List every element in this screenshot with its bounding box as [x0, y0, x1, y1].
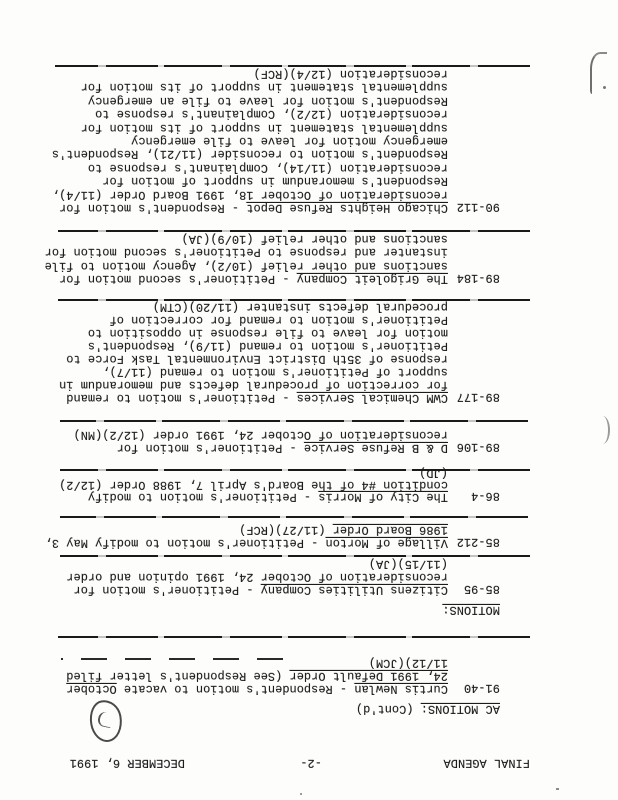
header-page-number: -2- — [300, 756, 322, 770]
separator-rule — [58, 230, 530, 232]
docket-number: 86-4 — [471, 489, 500, 503]
item-line: Village of Morton - Petitioner's motion … — [25, 536, 448, 549]
docket-number: 91-40 — [464, 681, 500, 695]
item-text: The Grigoleit Company - Petitioner's sec… — [25, 232, 448, 285]
section-heading-text: MOTIONS: — [442, 603, 500, 617]
separator-rule — [58, 299, 530, 301]
item-line: sanctions and other relief (10/2), Agenc… — [25, 258, 448, 271]
item-line: D & B Refuse Service - Petitioner's moti… — [25, 441, 448, 454]
separator-rule — [60, 469, 530, 471]
item-line: support of Petitioner's motion to remand… — [25, 365, 448, 378]
docket-number: 85-212 — [457, 535, 500, 549]
case-name: Curtis Newlan — [354, 682, 448, 696]
item-line: reconsideration of October 24, 1991 opin… — [25, 570, 448, 583]
case-name: The Grigoleit Company — [297, 272, 448, 286]
item-text: The City of Morris - Petitioner's motion… — [25, 467, 448, 503]
case-name: Citizens Utilities Company — [261, 583, 448, 597]
item-line: 1986 Board Order (11/27)(RCF) — [25, 523, 448, 536]
item-line: supplemental statement in support of its… — [25, 80, 448, 93]
item-line: instanter and response to Petitioner's s… — [25, 245, 448, 258]
item-text: Chicago Heights Refuse Depot - Responden… — [25, 67, 448, 214]
item-line: Petitioner's motion to remand for correc… — [25, 313, 448, 326]
header-date: DECEMBER 6, 1991 — [70, 756, 185, 770]
agenda-item-91-40: 91-40Curtis Newlan - Respondent's motion… — [25, 656, 500, 695]
case-name: The City of Morris — [318, 490, 448, 504]
item-line: The Grigoleit Company - Petitioner's sec… — [25, 272, 448, 285]
item-line: reconsideration of October 18, 1991 Boar… — [25, 187, 448, 200]
agenda-item-86-4: 86-4The City of Morris - Petitioner's mo… — [25, 467, 500, 503]
item-line: reconsideration of October 24, 1991 orde… — [25, 428, 448, 441]
separator-rule — [60, 420, 528, 422]
item-line: motion for leave to file response in opp… — [25, 326, 448, 339]
item-line: Respondent's memorandum in support of mo… — [25, 174, 448, 187]
underlined-text: October — [66, 682, 116, 696]
item-line: (11/15)(JA) — [25, 557, 448, 570]
case-name: D & B Refuse Service — [304, 441, 448, 455]
docket-number: 89-177 — [457, 390, 500, 404]
agenda-item-89-106: 89-106D & B Refuse Service - Petitioner'… — [25, 428, 500, 454]
item-line: condition #4 of the Board's April 7, 198… — [25, 479, 448, 491]
document-sheet-rotated-180: FINAL AGENDA -2- DECEMBER 6, 1991 AC MOT… — [0, 0, 618, 800]
separator-rule — [55, 65, 530, 67]
agenda-item-85-95: 85-95Citizens Utilities Company - Petiti… — [25, 557, 500, 596]
item-text: Village of Morton - Petitioner's motion … — [25, 523, 448, 549]
item-text: Curtis Newlan - Respondent's motion to v… — [25, 656, 448, 695]
item-line: Curtis Newlan - Respondent's motion to v… — [25, 682, 448, 695]
item-line: reconsideration (12/2), Complainant's re… — [25, 107, 448, 120]
item-line: Petitioner's motion to remand (11/9), Re… — [25, 339, 448, 352]
item-text: CWM Chemical Services - Petitioner's mot… — [25, 300, 448, 404]
item-line: for correction of procedural defects and… — [25, 378, 448, 391]
item-line: CWM Chemical Services - Petitioner's mot… — [25, 391, 448, 404]
agenda-item-89-184: 89-184The Grigoleit Company - Petitioner… — [25, 232, 500, 285]
scanned-agenda-page: FINAL AGENDA -2- DECEMBER 6, 1991 AC MOT… — [0, 0, 618, 800]
agenda-item-85-212: 85-212Village of Morton - Petitioner's m… — [25, 523, 500, 549]
item-line: sanctions and other relief (10/9)(JA) — [25, 232, 448, 245]
item-line: procedural defects instanter (11/20)(CTM… — [25, 300, 448, 313]
section-heading-suffix: (Cont'd) — [356, 702, 421, 716]
item-text: D & B Refuse Service - Petitioner's moti… — [25, 428, 448, 454]
item-line: Respondent's motion for leave to file an… — [25, 93, 448, 106]
item-line: response of 35th District Environmental … — [25, 352, 448, 365]
scan-speck — [300, 793, 302, 795]
item-line: Respondent's motion to reconsider (11/21… — [25, 147, 448, 160]
section-heading-text: AC MOTIONS: — [421, 702, 500, 716]
docket-number: 89-106 — [457, 440, 500, 454]
case-name: Chicago Heights Refuse Depot — [246, 201, 448, 215]
separator-rule — [58, 636, 530, 638]
separator-rule — [60, 555, 530, 557]
section-heading-ac-motions: AC MOTIONS: (Cont'd) — [356, 702, 500, 716]
underlined-text: 1986 Board Order — [333, 523, 448, 537]
item-text: Citizens Utilities Company - Petitioner'… — [25, 557, 448, 596]
agenda-item-89-177: 89-177CWM Chemical Services - Petitioner… — [25, 300, 500, 404]
item-line: Citizens Utilities Company - Petitioner'… — [25, 583, 448, 596]
item-line: Chicago Heights Refuse Depot - Responden… — [25, 201, 448, 214]
docket-number: 90-112 — [457, 200, 500, 214]
scan-dot-mark — [603, 86, 606, 89]
section-heading-motions: MOTIONS: — [442, 603, 500, 617]
item-line: emergency motion for leave to file emerg… — [25, 134, 448, 147]
underlined-text: 24, 1991 Default Order — [290, 669, 448, 683]
case-name: CWM Chemical Services — [297, 391, 448, 405]
separator-rule — [60, 516, 528, 518]
agenda-item-90-112: 90-112Chicago Heights Refuse Depot - Res… — [25, 67, 500, 214]
item-line: 24, 1991 Default Order (See Respondent's… — [25, 669, 448, 682]
header-document-title: FINAL AGENDA — [444, 756, 530, 770]
case-name: Village of Morton — [326, 536, 448, 550]
item-line: The City of Morris - Petitioner's motion… — [25, 491, 448, 503]
separator-rule — [61, 659, 283, 661]
item-line: reconsideration (12/4)(RCF) — [25, 67, 448, 80]
scan-speck — [556, 788, 559, 790]
docket-number: 89-184 — [457, 271, 500, 285]
item-line: supplemental statement in support of its… — [25, 120, 448, 133]
docket-number: 85-95 — [464, 582, 500, 596]
item-line: reconsideration (11/14), Complainant's r… — [25, 160, 448, 173]
